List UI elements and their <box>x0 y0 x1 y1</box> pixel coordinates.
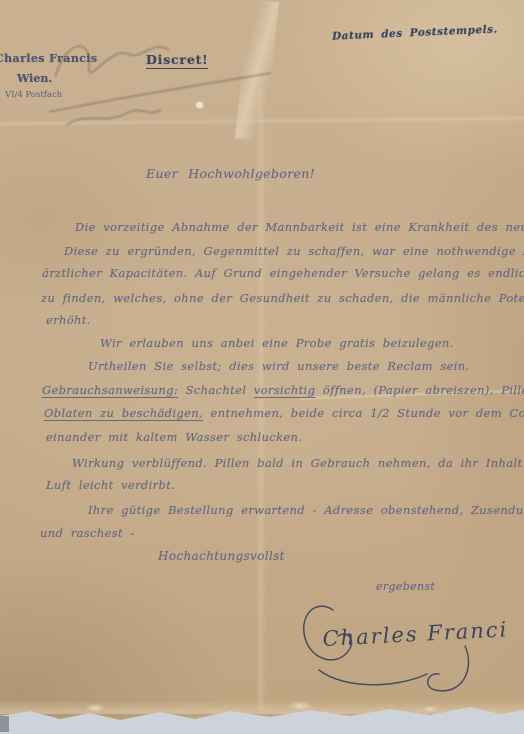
body-line-instructions: Oblaten zu beschädigen, entnehmen, beide… <box>44 406 524 420</box>
body-line: zu finden, welches, ohne der Gesundheit … <box>41 291 524 305</box>
salutation: Euer Hochwohlgeboren! <box>146 166 315 181</box>
body-line: erhöht. <box>46 313 91 327</box>
body-line: ärztlicher Kapacitäten. Auf Grund eingeh… <box>42 266 524 280</box>
body-segment: öffnen, (Papier abreiszen), Pillen <box>323 383 524 397</box>
discret-heading: Discret! <box>146 52 208 69</box>
signature-text: Charles Francis <box>322 617 508 651</box>
sender-city: Wien. <box>17 72 52 85</box>
pencil-scrawl <box>39 18 280 134</box>
body-line: Urtheilen Sie selbst; dies wird unsere b… <box>88 359 470 373</box>
body-line: Wir erlauben uns anbei eine Probe gratis… <box>100 336 454 350</box>
postmark-date-note: Datum des Poststempels. <box>332 23 498 42</box>
body-line: Diese zu ergründen, Gegenmittel zu schaf… <box>64 244 524 258</box>
signature: Charles Francis <box>293 594 508 709</box>
paper-crease <box>256 90 266 710</box>
closing-formula: Hochachtungsvollst <box>158 549 285 563</box>
sender-name: Charles Francis <box>0 52 97 65</box>
body-segment-underlined: Oblaten zu beschädigen, <box>44 406 203 420</box>
body-line: Luft leicht verdirbt. <box>46 478 175 492</box>
body-segment-underlined: vorsichtig <box>254 383 316 397</box>
scanned-letter-page: Datum des Poststempels. Discret! Charles… <box>0 0 524 734</box>
letter-paper: Datum des Poststempels. Discret! Charles… <box>0 0 524 722</box>
body-segment: entnehmen, beide circa 1/2 Stunde vor de… <box>211 406 524 420</box>
body-line-instructions: Gebrauchsanweisung: Schachtel vorsichtig… <box>42 383 524 397</box>
body-line: einander mit kaltem Wasser schlucken. <box>46 430 302 444</box>
body-line: und raschest - <box>40 526 135 540</box>
sender-pobox: VI/4 Postfach <box>5 90 62 100</box>
body-line: Ihre gütige Bestellung erwartend - Adres… <box>88 503 524 517</box>
body-line: Die vorzeitige Abnahme der Mannbarkeit i… <box>75 220 524 234</box>
body-segment: Schachtel <box>186 383 247 397</box>
valediction: ergebenst <box>376 580 435 593</box>
instructions-label: Gebrauchsanweisung: <box>42 383 178 397</box>
scanner-shadow <box>0 716 9 732</box>
body-line: Wirkung verblüffend. Pillen bald in Gebr… <box>72 456 524 470</box>
